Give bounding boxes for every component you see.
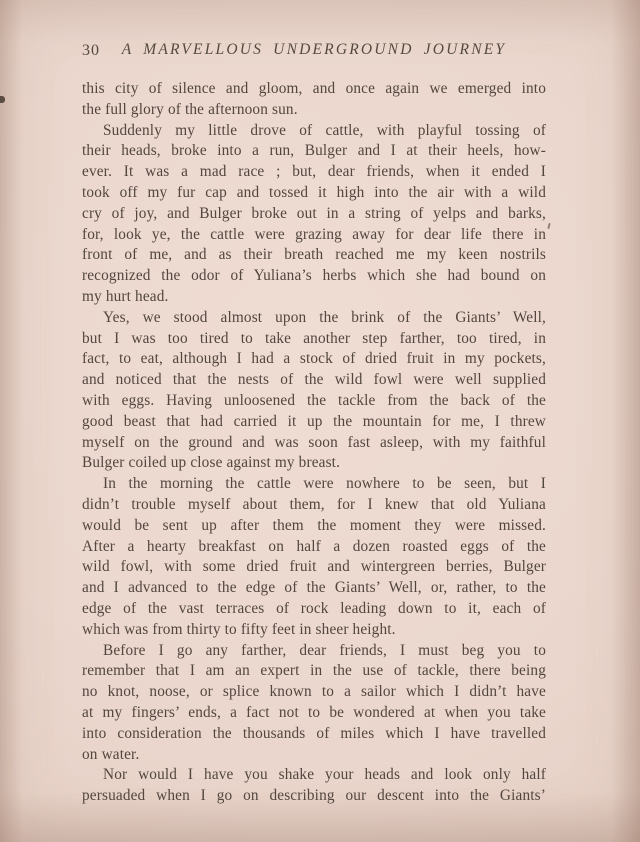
page-text: this city of silence and gloom, and once… <box>82 79 546 807</box>
text-line: would be sent up after them the moment t… <box>82 516 546 537</box>
text-line: which was from thirty to fifty feet in s… <box>82 620 546 641</box>
running-title: A MARVELLOUS UNDERGROUND JOURNEY <box>82 41 546 59</box>
text-line: didn’t trouble myself about them, for I … <box>82 495 546 516</box>
text-line: at my fingers’ ends, a fact not to be wo… <box>82 703 546 724</box>
text-line: recognized the odor of Yuliana’s herbs w… <box>82 266 546 287</box>
text-line: remember that I am an expert in the use … <box>82 661 546 682</box>
text-line: this city of silence and gloom, and once… <box>82 79 546 100</box>
text-line: for, look ye, the cattle were grazing aw… <box>82 225 546 246</box>
text-line: Bulger coiled up close against my breast… <box>82 453 546 474</box>
text-line: Suddenly my little drove of cattle, with… <box>82 121 546 142</box>
text-line: into consideration the thousands of mile… <box>82 724 546 745</box>
text-line: and I advanced to the edge of the Giants… <box>82 578 546 599</box>
text-line: no knot, noose, or splice known to a sai… <box>82 682 546 703</box>
text-line: wild fowl, with some dried fruit and win… <box>82 557 546 578</box>
text-line: After a hearty breakfast on half a dozen… <box>82 537 546 558</box>
text-line: Nor would I have you shake your heads an… <box>82 765 546 786</box>
text-line: myself on the ground and was soon fast a… <box>82 433 546 454</box>
text-line: edge of the vast terraces of rock leadin… <box>82 599 546 620</box>
text-line: with eggs. Having unloosened the tackle … <box>82 391 546 412</box>
text-line: ever. It was a mad race ; but, dear frie… <box>82 162 546 183</box>
text-line: Before I go any farther, dear friends, I… <box>82 641 546 662</box>
text-line: In the morning the cattle were nowhere t… <box>82 474 546 495</box>
book-page: 30 A MARVELLOUS UNDERGROUND JOURNEY this… <box>0 0 640 842</box>
text-line: took off my fur cap and tossed it high i… <box>82 183 546 204</box>
text-line: good beast that had carried it up the mo… <box>82 412 546 433</box>
page-header: 30 A MARVELLOUS UNDERGROUND JOURNEY <box>82 41 546 63</box>
text-line: fact, to eat, although I had a stock of … <box>82 349 546 370</box>
text-line: and noticed that the nests of the wild f… <box>82 370 546 391</box>
text-line: the full glory of the afternoon sun. <box>82 100 546 121</box>
text-line: my hurt head. <box>82 287 546 308</box>
scan-artifact <box>0 96 5 103</box>
page-number: 30 <box>82 42 100 60</box>
text-line: but I was too tired to take another step… <box>82 329 546 350</box>
text-line: Yes, we stood almost upon the brink of t… <box>82 308 546 329</box>
text-line: front of me, and as their breath reached… <box>82 245 546 266</box>
scan-artifact <box>547 223 550 229</box>
text-line: on water. <box>82 745 546 766</box>
text-line: persuaded when I go on describing our de… <box>82 786 546 807</box>
text-line: cry of joy, and Bulger broke out in a st… <box>82 204 546 225</box>
text-line: their heads, broke into a run, Bulger an… <box>82 141 546 162</box>
